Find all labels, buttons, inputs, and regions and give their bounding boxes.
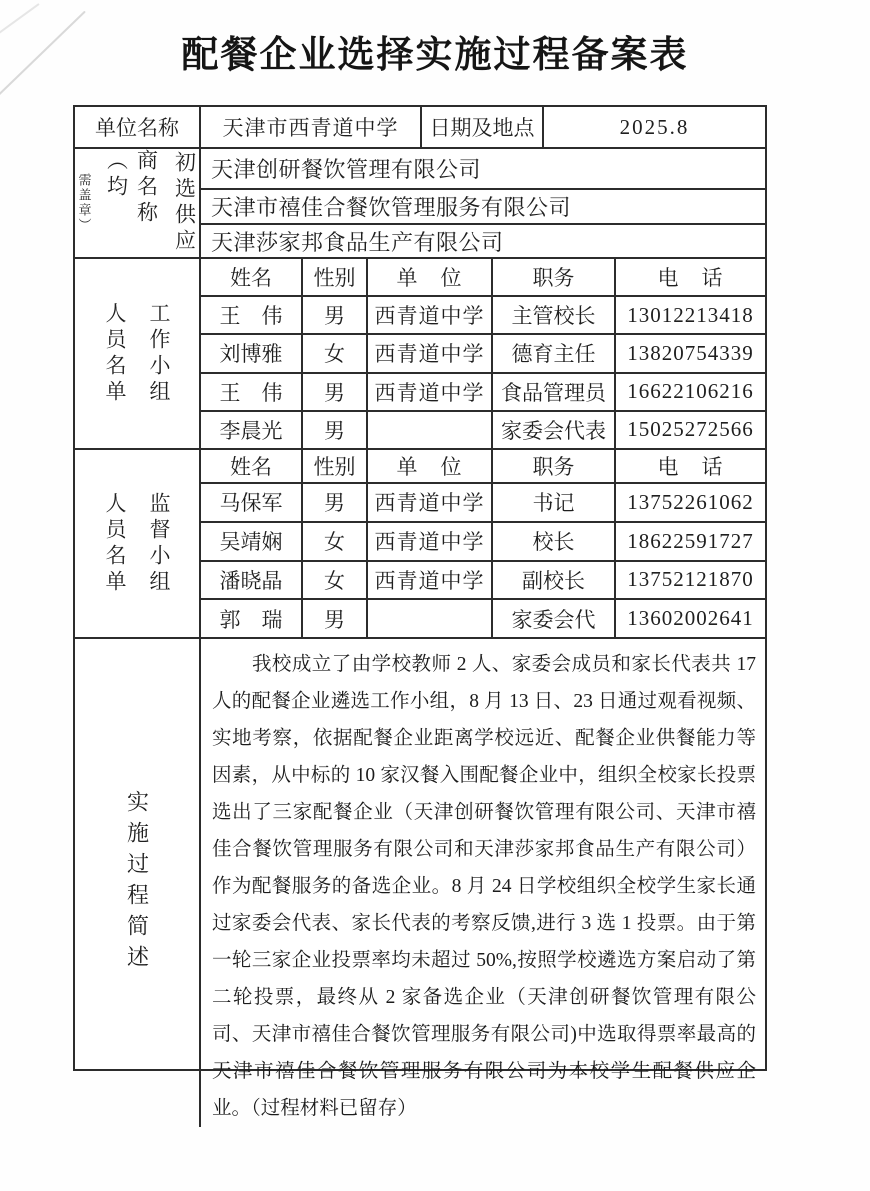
cell-gender: 男 bbox=[303, 600, 368, 637]
cell-gender: 女 bbox=[303, 562, 368, 599]
work-group-header-row: 姓名 性别 单 位 职务 电 话 bbox=[201, 259, 765, 297]
cell-phone: 13602002641 bbox=[616, 600, 765, 637]
cell-job: 家委会代 bbox=[493, 600, 616, 637]
supervise-group-label-left: 人员名单 bbox=[100, 492, 130, 596]
cell-name: 郭 瑞 bbox=[201, 600, 303, 637]
cell-job: 家委会代表 bbox=[493, 412, 616, 448]
cell-job: 德育主任 bbox=[493, 335, 616, 371]
unit-name-value: 天津市西青道中学 bbox=[201, 107, 422, 147]
cell-gender: 男 bbox=[303, 412, 368, 448]
supervise-group-section: 人员名单 监督小组 姓名 性别 单 位 职务 电 话 马保军 男 西青道中学 书… bbox=[75, 450, 765, 639]
header-name: 姓名 bbox=[201, 259, 303, 295]
cell-unit: 西青道中学 bbox=[368, 484, 493, 521]
unit-name-label: 单位名称 bbox=[75, 107, 201, 147]
supplier-name-3: 天津莎家邦食品生产有限公司 bbox=[201, 225, 765, 257]
suppliers-list: 天津创研餐饮管理有限公司 天津市禧佳合餐饮管理服务有限公司 天津莎家邦食品生产有… bbox=[201, 149, 765, 257]
header-name: 姓名 bbox=[201, 450, 303, 482]
suppliers-section: 需盖章） 商名称（均 初选供应 天津创研餐饮管理有限公司 天津市禧佳合餐饮管理服… bbox=[75, 149, 765, 259]
suppliers-label-col-left: 需盖章） bbox=[75, 173, 94, 233]
header-phone: 电 话 bbox=[616, 450, 765, 482]
cell-gender: 女 bbox=[303, 523, 368, 560]
work-group-row: 王 伟 男 西青道中学 食品管理员 16622106216 bbox=[201, 374, 765, 412]
cell-unit: 西青道中学 bbox=[368, 523, 493, 560]
cell-gender: 男 bbox=[303, 297, 368, 333]
date-place-label: 日期及地点 bbox=[422, 107, 544, 147]
work-group-section: 人员名单 工作小组 姓名 性别 单 位 职务 电 话 王 伟 男 西青道中学 主… bbox=[75, 259, 765, 450]
cell-unit: 西青道中学 bbox=[368, 297, 493, 333]
work-group-label-right: 工作小组 bbox=[144, 302, 174, 406]
process-label-text: 实施过程简述 bbox=[122, 790, 153, 976]
cell-unit bbox=[368, 600, 493, 637]
cell-job: 主管校长 bbox=[493, 297, 616, 333]
header-unit: 单 位 bbox=[368, 259, 493, 295]
work-group-section-label: 人员名单 工作小组 bbox=[75, 259, 201, 448]
supervise-group-table: 姓名 性别 单 位 职务 电 话 马保军 男 西青道中学 书记 13752261… bbox=[201, 450, 765, 637]
suppliers-label-col-right: 初选供应 bbox=[170, 151, 200, 255]
cell-name: 李晨光 bbox=[201, 412, 303, 448]
unit-date-row: 单位名称 天津市西青道中学 日期及地点 2025.8 bbox=[75, 107, 765, 149]
supervise-group-row: 吴靖娴 女 西青道中学 校长 18622591727 bbox=[201, 523, 765, 562]
supervise-group-row: 潘晓晶 女 西青道中学 副校长 13752121870 bbox=[201, 562, 765, 601]
supplier-name-1: 天津创研餐饮管理有限公司 bbox=[201, 149, 765, 190]
cell-name: 刘博雅 bbox=[201, 335, 303, 371]
cell-name: 潘晓晶 bbox=[201, 562, 303, 599]
cell-phone: 13752261062 bbox=[616, 484, 765, 521]
cell-phone: 13820754339 bbox=[616, 335, 765, 371]
cell-unit: 西青道中学 bbox=[368, 562, 493, 599]
cell-gender: 男 bbox=[303, 484, 368, 521]
cell-phone: 18622591727 bbox=[616, 523, 765, 560]
work-group-table: 姓名 性别 单 位 职务 电 话 王 伟 男 西青道中学 主管校长 130122… bbox=[201, 259, 765, 448]
form-title: 配餐企业选择实施过程备案表 bbox=[0, 24, 870, 78]
cell-name: 吴靖娴 bbox=[201, 523, 303, 560]
process-description: 我校成立了由学校教师 2 人、家委会成员和家长代表共 17 人的配餐企业遴选工作… bbox=[201, 639, 765, 1127]
cell-job: 校长 bbox=[493, 523, 616, 560]
header-gender: 性别 bbox=[303, 259, 368, 295]
supervise-group-row: 郭 瑞 男 家委会代 13602002641 bbox=[201, 600, 765, 637]
cell-name: 马保军 bbox=[201, 484, 303, 521]
cell-job: 食品管理员 bbox=[493, 374, 616, 410]
cell-phone: 15025272566 bbox=[616, 412, 765, 448]
cell-gender: 女 bbox=[303, 335, 368, 371]
cell-job: 副校长 bbox=[493, 562, 616, 599]
cell-name: 王 伟 bbox=[201, 374, 303, 410]
cell-name: 王 伟 bbox=[201, 297, 303, 333]
supplier-name-2: 天津市禧佳合餐饮管理服务有限公司 bbox=[201, 190, 765, 225]
header-phone: 电 话 bbox=[616, 259, 765, 295]
work-group-row: 王 伟 男 西青道中学 主管校长 13012213418 bbox=[201, 297, 765, 335]
header-job: 职务 bbox=[493, 259, 616, 295]
cell-phone: 13012213418 bbox=[616, 297, 765, 333]
header-gender: 性别 bbox=[303, 450, 368, 482]
work-group-row: 李晨光 男 家委会代表 15025272566 bbox=[201, 412, 765, 448]
cell-unit: 西青道中学 bbox=[368, 374, 493, 410]
supervise-group-label-right: 监督小组 bbox=[144, 492, 174, 596]
cell-unit: 西青道中学 bbox=[368, 335, 493, 371]
supervise-group-header-row: 姓名 性别 单 位 职务 电 话 bbox=[201, 450, 765, 484]
process-section: 实施过程简述 我校成立了由学校教师 2 人、家委会成员和家长代表共 17 人的配… bbox=[75, 639, 765, 1127]
date-place-value: 2025.8 bbox=[544, 107, 765, 147]
work-group-label-left: 人员名单 bbox=[100, 302, 130, 406]
record-form-table: 单位名称 天津市西青道中学 日期及地点 2025.8 需盖章） 商名称（均 初选… bbox=[73, 105, 767, 1071]
cell-phone: 16622106216 bbox=[616, 374, 765, 410]
supervise-group-row: 马保军 男 西青道中学 书记 13752261062 bbox=[201, 484, 765, 523]
suppliers-label-col-mid: 商名称（均 bbox=[102, 149, 162, 257]
cell-gender: 男 bbox=[303, 374, 368, 410]
work-group-row: 刘博雅 女 西青道中学 德育主任 13820754339 bbox=[201, 335, 765, 373]
process-section-label: 实施过程简述 bbox=[75, 639, 201, 1127]
suppliers-section-label: 需盖章） 商名称（均 初选供应 bbox=[75, 149, 201, 257]
header-job: 职务 bbox=[493, 450, 616, 482]
scanned-form-page: 配餐企业选择实施过程备案表 单位名称 天津市西青道中学 日期及地点 2025.8… bbox=[0, 0, 870, 1191]
supervise-group-section-label: 人员名单 监督小组 bbox=[75, 450, 201, 637]
cell-unit bbox=[368, 412, 493, 448]
cell-phone: 13752121870 bbox=[616, 562, 765, 599]
header-unit: 单 位 bbox=[368, 450, 493, 482]
cell-job: 书记 bbox=[493, 484, 616, 521]
